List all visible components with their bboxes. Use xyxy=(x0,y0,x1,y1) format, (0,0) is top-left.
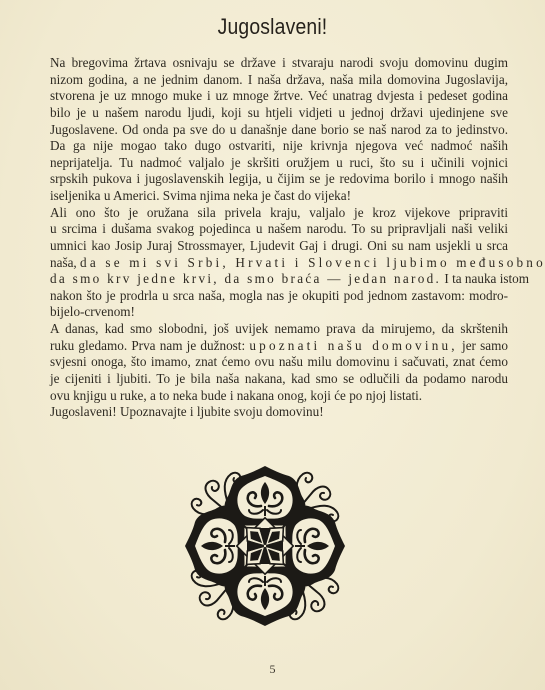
text-line: iseljenika u Americi. Svima njima neka j… xyxy=(37,188,508,205)
text-line: Da ga nije mogao tako dugo ostvariti, ni… xyxy=(37,138,508,155)
book-page: Jugoslaveni! Na bregovima žrtava osnivaj… xyxy=(0,0,545,690)
text-line: neprijatelja. Tu nadmoć valjalo je skrši… xyxy=(37,155,508,172)
text-line-emphasis: da smo krv jedne krvi, da smo braća — je… xyxy=(37,271,508,288)
text-fragment: naša, xyxy=(50,255,77,270)
paragraph-3: A danas, kad smo slobodni, još uvijek ne… xyxy=(37,321,508,404)
text-line: Jugoslaveni! Upoznavajte i ljubite svoju… xyxy=(37,404,508,421)
spaced-emphasis: upoznati našu domovinu, xyxy=(249,338,457,353)
paragraph-1: Na bregovima žrtava osnivaju se države i… xyxy=(37,55,508,205)
text-line: A danas, kad smo slobodni, još uvijek ne… xyxy=(37,321,508,338)
text-line: nizom godina, a ne jednim danom. I naša … xyxy=(37,72,508,89)
text-line: svjesni onoga, što imamo, znat ćemo ovu … xyxy=(37,354,508,371)
paragraph-2: Ali ono što je oružana sila privela kraj… xyxy=(37,205,508,321)
text-line: ovu knjigu u ruke, a to neka bude i naka… xyxy=(37,388,508,405)
spaced-emphasis: da smo krv jedne krvi, da smo braća — je… xyxy=(50,271,441,286)
page-number: 5 xyxy=(0,662,545,677)
page-title: Jugoslaveni! xyxy=(33,14,513,40)
text-line: je cijeniti i ljubiti. To je bila naša n… xyxy=(37,371,508,388)
text-line-emphasis: ruku gledamo. Prva nam je dužnost: upozn… xyxy=(37,338,508,355)
text-line: Jugoslavene. Od onda pa sve do u današnj… xyxy=(37,122,508,139)
text-line-emphasis: naša, da se mi svi Srbi, Hrvati i Sloven… xyxy=(37,255,508,272)
text-fragment: I ta nauka istom xyxy=(444,271,529,286)
body-text: Na bregovima žrtava osnivaju se države i… xyxy=(37,55,508,421)
text-line: bilo je u našem narodu ljudi, koji su ht… xyxy=(37,105,508,122)
spaced-emphasis: da se mi svi Srbi, Hrvati i Slovenci lju… xyxy=(80,255,545,270)
text-line: u srcima i dušama svakog pojedinca u naš… xyxy=(37,221,508,238)
text-fragment: ruku gledamo. Prva nam je dužnost: xyxy=(50,338,245,353)
text-line: Na bregovima žrtava osnivaju se države i… xyxy=(37,55,508,72)
text-fragment: jer samo xyxy=(462,338,508,353)
paragraph-4: Jugoslaveni! Upoznavajte i ljubite svoju… xyxy=(37,404,508,421)
text-line: nakon što je prodrla u srca naša, mogla … xyxy=(37,288,508,305)
text-line: stvorena je uz mnogo muke i uz mnoge žrt… xyxy=(37,88,508,105)
four-lobed-folk-motif-icon xyxy=(177,463,353,629)
text-line: srpskih pukova i jugoslavenskih legija, … xyxy=(37,171,508,188)
text-line: Ali ono što je oružana sila privela kraj… xyxy=(37,205,508,222)
text-line: umnici kao Josip Juraj Strossmayer, Ljud… xyxy=(37,238,508,255)
text-line: bijelo-crvenom! xyxy=(37,304,508,321)
